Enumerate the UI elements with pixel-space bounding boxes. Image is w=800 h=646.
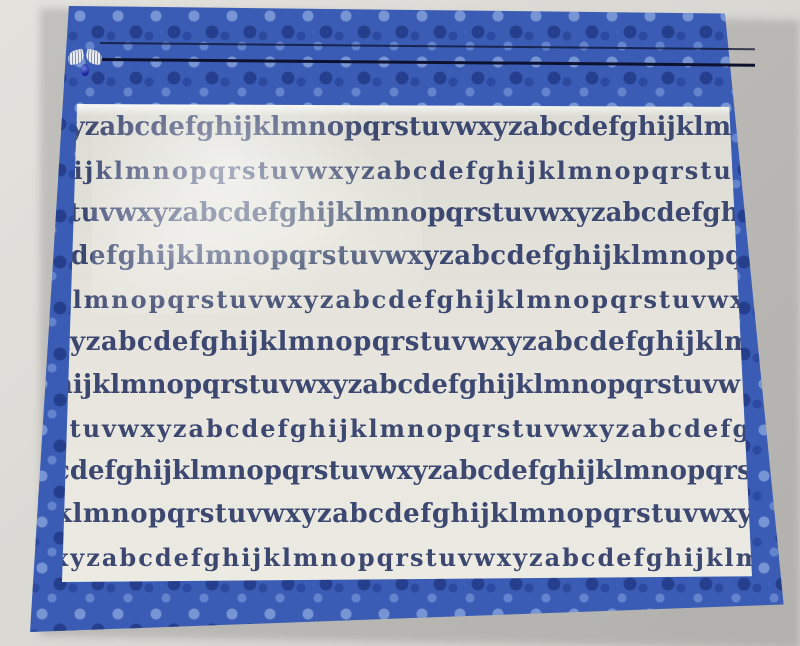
- angel-wings-charm-icon[interactable]: [66, 42, 106, 82]
- clear-vinyl-window: xyzabcdefghijklmnopqrstuvwxyzabcdefghijk…: [62, 104, 752, 582]
- fabric-text-row: klmnopqrstuvwxyzabcdefghijklmnopqrstuvwx…: [62, 278, 752, 321]
- fabric-text-row: cdefghijklmnopqrstuvwxyzabcdefghijklmnop…: [62, 235, 752, 278]
- zipper-track[interactable]: [100, 58, 755, 67]
- blue-bead-icon: [81, 64, 89, 76]
- fabric-text-row: hijklmnopqrstuvwxyzabcdefghijklmnopqrstu…: [62, 364, 752, 407]
- fabric-text-row: hijklmnopqrstuvwxyzabcdefghijklmnopqrstu…: [62, 149, 752, 192]
- alphabet-fabric-print: xyzabcdefghijklmnopqrstuvwxyzabcdefghijk…: [62, 106, 752, 579]
- fabric-text-row: xyzabcdefghijklmnopqrstuvwxyzabcdefghijk…: [62, 321, 752, 364]
- right-wing-icon: [85, 48, 104, 65]
- fabric-text-row: stuvwxyzabcdefghijklmnopqrstuvwxyzabcdef…: [62, 192, 752, 235]
- fabric-text-row: xyzabcdefghijklmnopqrstuvwxyzabcdefghijk…: [62, 536, 752, 579]
- zipper-band: [30, 6, 792, 106]
- fabric-text-row: cdefghijklmnopqrstuvwxyzabcdefghijklmnop…: [62, 450, 752, 493]
- left-wing-icon: [67, 48, 86, 65]
- zipper-seam: [100, 42, 755, 50]
- fabric-text-row: klmnopqrstuvwxyzabcdefghijklmnopqrstuvwx…: [62, 493, 752, 536]
- fabric-text-row: stuvwxyzabcdefghijklmnopqrstuvwxyzabcdef…: [62, 407, 752, 450]
